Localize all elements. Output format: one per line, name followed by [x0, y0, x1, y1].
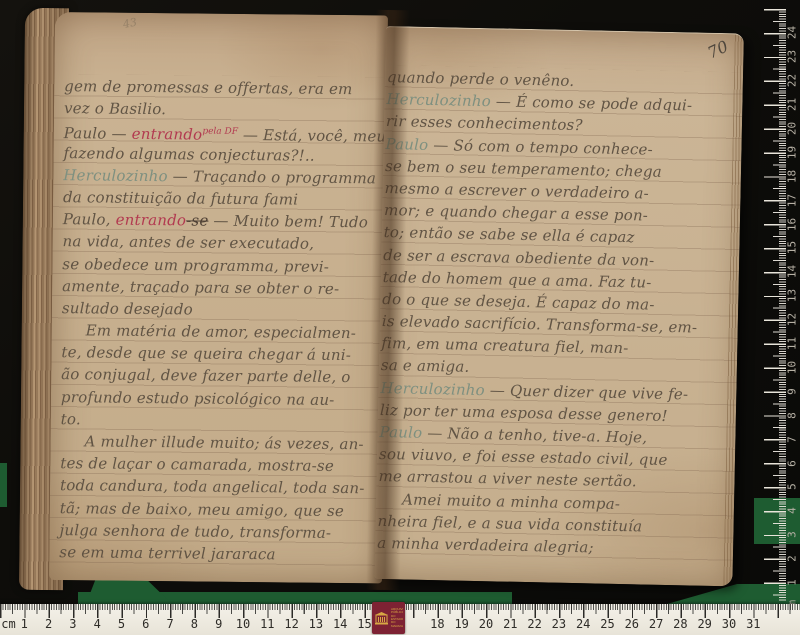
ruler-cm-label: 23 [552, 617, 566, 631]
handwritten-text: da constituição da futura fami [63, 188, 298, 208]
handwritten-line: Paulo — entrandopela DF — Está, você, me… [64, 119, 388, 145]
ruler-cm-label: 12 [786, 309, 799, 331]
handwritten-text: — Muito bem! Tudo [208, 212, 368, 232]
handwritten-text: to; então se sabe se ella é capaz [383, 223, 634, 246]
ruler-cm-label: 1 [21, 617, 28, 631]
ruler-cm-label: 30 [722, 617, 736, 631]
vertical-cm-ruler: 242322212019181716151413121110987654321c… [754, 0, 800, 635]
character-name: Herculozinho [63, 166, 168, 185]
character-name: Herculozinho [380, 379, 485, 399]
ruler-cm-label: 9 [215, 617, 222, 631]
ruler-cm-label: 24 [786, 22, 799, 44]
handwritten-text: sa e amiga. [381, 356, 470, 376]
handwritten-text: Paulo, [63, 210, 116, 229]
ruler-cm-label: 22 [786, 70, 799, 92]
red-ink-correction: pela DF [202, 127, 238, 137]
ruler-cm-label: 2 [786, 548, 799, 570]
handwritten-line: profundo estudo psicológico na au- [61, 386, 388, 412]
corner-pencil-mark: 43 [122, 16, 138, 32]
ruler-cm-label: 25 [600, 617, 614, 631]
ruler-cm-label: 20 [479, 617, 493, 631]
archival-photograph: 43 gem de promessas e offertas, era emve… [0, 0, 800, 635]
handwritten-text: — É como se pode adqui- [491, 92, 693, 114]
handwritten-text: sultado desejado [62, 299, 193, 318]
ruler-cm-label: 6 [786, 452, 799, 474]
ruler-cm-label: 20 [786, 117, 799, 139]
ruler-cm-label: 11 [786, 333, 799, 355]
ruler-cm-label: 26 [625, 617, 639, 631]
handwritten-text: toda candura, toda angelical, toda san- [60, 476, 365, 497]
ruler-cm-label: 15 [357, 617, 371, 631]
handwritten-text: nheira fiel, e a sua vida constituía [377, 512, 642, 536]
archive-logo: ARQUIVO PÚBLICO DO ESTADO DO MARANHÃO [372, 602, 405, 634]
handwritten-text: — Traçando o programma [168, 167, 377, 187]
ruler-cm-ticks [764, 9, 786, 601]
handwritten-text: me arrastou a viver neste sertão. [378, 467, 637, 490]
handwritten-line: se obedece um programma, previ- [62, 253, 388, 279]
archive-building-icon [374, 611, 389, 625]
handwritten-text: — Quer dizer que vive fe- [485, 381, 689, 403]
handwritten-text: to. [61, 410, 81, 428]
ruler-cm-label: 14 [333, 617, 347, 631]
ruler-cm-label: 14 [786, 261, 799, 283]
ruler-cm-label: 15 [786, 237, 799, 259]
ruler-cm-label: 22 [527, 617, 541, 631]
ruler-cm-label: 7 [786, 428, 799, 450]
ruler-cm-label: 6 [142, 617, 149, 631]
handwritten-line: toda candura, toda angelical, toda san- [60, 474, 388, 500]
handwritten-text: — Só com o tempo conhece- [428, 135, 653, 158]
ruler-cm-label: 13 [786, 285, 799, 307]
ruler-cm-label: 2 [45, 617, 52, 631]
ruler-cm-label: 4 [786, 500, 799, 522]
ruler-cm-label: 17 [786, 189, 799, 211]
handwritten-line: ão conjugal, deve fazer parte delle, o [61, 364, 388, 390]
handwritten-text: mesmo a escrever o verdadeiro a- [384, 179, 649, 203]
handwritten-text: ão conjugal, deve fazer parte delle, o [61, 366, 351, 387]
ruler-cm-label: 8 [191, 617, 198, 631]
ruler-cm-label: 8 [786, 404, 799, 426]
red-ink-correction: entrando [132, 125, 203, 144]
ruler-cm-label: 7 [166, 617, 173, 631]
ruler-cm-label: 24 [576, 617, 590, 631]
handwritten-text: Em matéria de amor, especialmen- [86, 321, 357, 342]
ruler-cm-label: cm [1, 617, 15, 631]
ruler-cm-label: 18 [430, 617, 444, 631]
ruler-cm-label: 5 [786, 476, 799, 498]
character-name: Paulo [385, 135, 428, 154]
ruler-cm-label: 29 [697, 617, 711, 631]
ruler-cm-label: 19 [454, 617, 468, 631]
ruler-cm-label: 1 [786, 572, 799, 594]
handwritten-text: vez o Basilio. [64, 99, 166, 118]
ruler-cm-label: 23 [786, 46, 799, 68]
handwritten-text: fazendo algumas conjecturas?!.. [63, 144, 314, 165]
ruler-cm-label: 10 [786, 356, 799, 378]
ruler-cm-label: 28 [673, 617, 687, 631]
handwritten-text: de ser a escrava obediente da von- [383, 245, 655, 269]
handwritten-line: na vida, antes de ser executado, [62, 230, 388, 256]
ruler-cm-label: 11 [260, 617, 274, 631]
ruler-cm-label: 18 [786, 165, 799, 187]
ruler-cm-label: 27 [649, 617, 663, 631]
handwritten-text: quando perde o venêno. [387, 68, 575, 90]
handwritten-text: se obedece um programma, previ- [62, 255, 329, 276]
handwritten-text: A mulher illude muito; ás vezes, an- [84, 432, 363, 453]
handwritten-text: julga senhora de tudo, transforma- [59, 521, 331, 542]
archive-logo-text: ARQUIVO PÚBLICO DO ESTADO DO MARANHÃO [391, 608, 403, 628]
green-backing-cloth [0, 463, 7, 507]
red-ink-correction: entrando [116, 211, 187, 230]
ruler-cm-label: 21 [786, 94, 799, 116]
handwritten-line: se em uma terrivel jararaca [59, 541, 388, 567]
handwritten-text: amente, traçado para se obter o re- [62, 277, 339, 298]
manuscript-left-page: 43 gem de promessas e offertas, era emve… [49, 12, 388, 583]
handwritten-text: te, desde que se queira chegar á uni- [61, 343, 351, 364]
handwritten-text: tade do homem que a ama. Faz tu- [383, 268, 652, 292]
character-name: Paulo [379, 423, 422, 442]
handwritten-text: tes de laçar o camarada, mostra-se [60, 454, 334, 475]
handwritten-text: rir esses conhecimentos? [386, 112, 583, 134]
handwritten-text: profundo estudo psicológico na au- [61, 388, 335, 409]
handwritten-text: tã; mas de baixo, meu amigo, que se [60, 499, 344, 520]
handwritten-text: — Não a tenho, tive-a. Hoje, [422, 424, 647, 447]
ruler-cm-label: 12 [284, 617, 298, 631]
character-name: Herculozinho [386, 90, 491, 110]
handwritten-text: Paulo — [64, 124, 132, 143]
handwritten-text: gem de promessas e offertas, era em [64, 77, 353, 98]
ruler-cm-label: 31 [746, 617, 760, 631]
ruler-cm-label: 21 [503, 617, 517, 631]
ruler-cm-label: 3 [786, 524, 799, 546]
handwritten-text: -se [186, 212, 208, 230]
handwritten-text: fim, em uma creatura fiel, man- [381, 334, 629, 357]
handwritten-text: Amei muito a minha compa- [402, 490, 620, 513]
handwritten-text: a minha verdadeira alegria; [377, 534, 594, 557]
manuscript-right-page: 70 quando perde o venêno.Herculozinho — … [374, 26, 744, 586]
handwritten-text: — Está, você, meu b [238, 126, 388, 146]
right-page-handwriting: quando perde o venêno.Herculozinho — É c… [377, 66, 744, 562]
page-number: 70 [704, 37, 730, 63]
ruler-cm-label: 19 [786, 141, 799, 163]
ruler-cm-label: 13 [309, 617, 323, 631]
handwritten-text: se em uma terrivel jararaca [59, 543, 276, 563]
ruler-cm-label: 4 [94, 617, 101, 631]
left-page-handwriting: gem de promessas e offertas, era emvez o… [59, 75, 388, 567]
ruler-cm-label: 10 [236, 617, 250, 631]
handwritten-text: na vida, antes de ser executado, [63, 232, 315, 253]
handwritten-text: mor; e quando chegar a esse pon- [384, 201, 648, 225]
ruler-cm-label: 5 [118, 617, 125, 631]
ruler-cm-label: 3 [69, 617, 76, 631]
ruler-cm-label: 9 [786, 380, 799, 402]
ruler-cm-label: 16 [786, 213, 799, 235]
